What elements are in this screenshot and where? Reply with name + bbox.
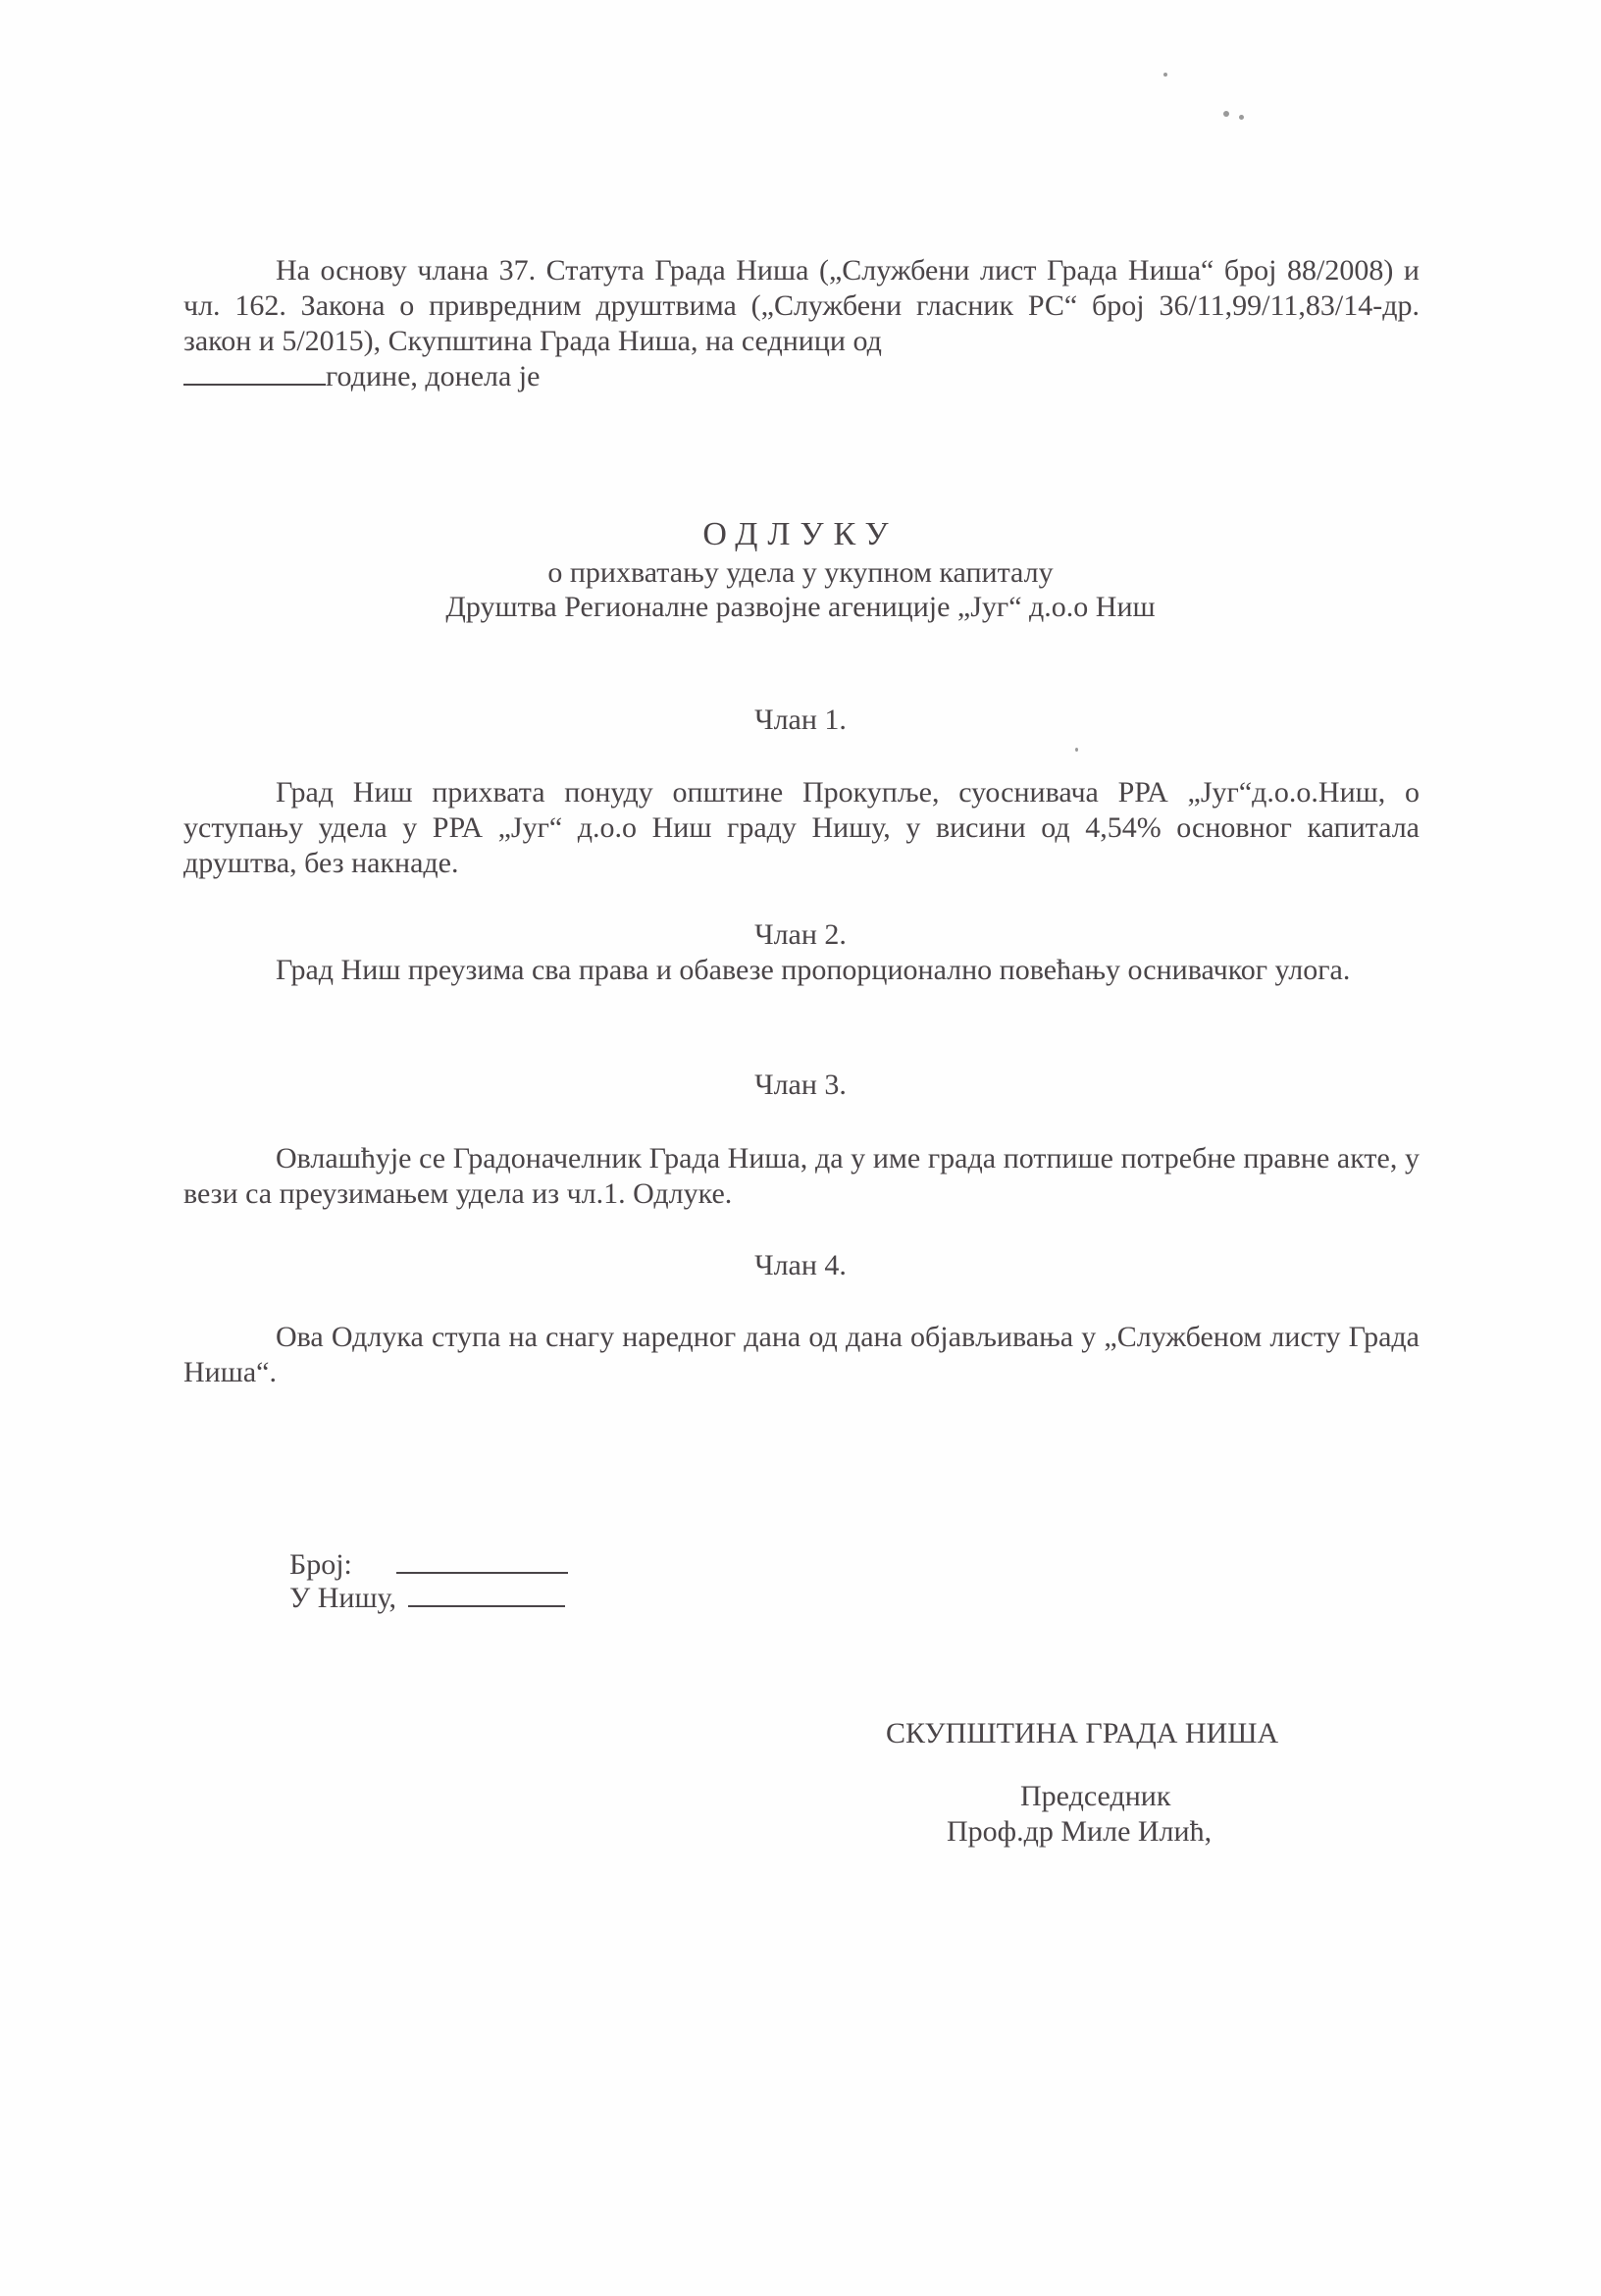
article-1-body: Град Ниш прихвата понуду општине Прокупљ… — [183, 776, 1420, 879]
signature-role: Председник — [1020, 1780, 1170, 1813]
scan-speck — [1163, 73, 1167, 77]
place-label: У Нишу, — [289, 1582, 396, 1614]
article-3-text: Овлашћује се Градоначелник Града Ниша, д… — [183, 1141, 1420, 1212]
number-blank — [396, 1571, 568, 1574]
scan-speck — [1223, 111, 1229, 117]
preamble-suffix: године, донела је — [326, 360, 540, 392]
article-1-text: Град Ниш прихвата понуду општине Прокупљ… — [183, 775, 1420, 881]
article-1-heading: Члан 1. — [0, 703, 1601, 738]
scan-speck — [1075, 748, 1078, 752]
article-3-heading: Члан 3. — [0, 1068, 1601, 1103]
preamble-text: На основу члана 37. Статута Града Ниша (… — [183, 254, 1420, 357]
scan-speck — [1239, 115, 1244, 120]
article-3-body: Овлашћује се Градоначелник Града Ниша, д… — [183, 1142, 1420, 1210]
article-4-text: Ова Одлука ступа на снагу наредног дана … — [183, 1320, 1420, 1390]
article-4-heading: Члан 4. — [0, 1248, 1601, 1283]
number-line: Број: — [289, 1548, 568, 1582]
preamble-paragraph: На основу члана 37. Статута Града Ниша (… — [183, 253, 1420, 394]
number-label: Број: — [289, 1548, 352, 1581]
place-line: У Нишу, — [289, 1582, 565, 1615]
decision-subtitle-line1: о прихватању удела у укупном капиталу — [0, 555, 1601, 591]
article-2-body: Град Ниш преузима сва права и обавезе пр… — [276, 954, 1350, 986]
article-4-body: Ова Одлука ступа на снагу наредног дана … — [183, 1321, 1420, 1388]
article-2-text: Град Ниш преузима сва права и обавезе пр… — [183, 953, 1420, 988]
signature-body: СКУПШТИНА ГРАДА НИША — [886, 1717, 1278, 1750]
decision-title: ОДЛУКУ — [0, 517, 1601, 552]
session-date-blank — [183, 383, 326, 386]
signature-name: Проф.др Миле Илић, — [947, 1815, 1212, 1849]
decision-subtitle-line2: Друштва Регионалне развојне агениције „Ј… — [0, 590, 1601, 625]
article-2-heading: Члан 2. — [0, 917, 1601, 953]
place-date-blank — [408, 1604, 565, 1607]
document-page: На основу члана 37. Статута Града Ниша (… — [0, 0, 1601, 2296]
